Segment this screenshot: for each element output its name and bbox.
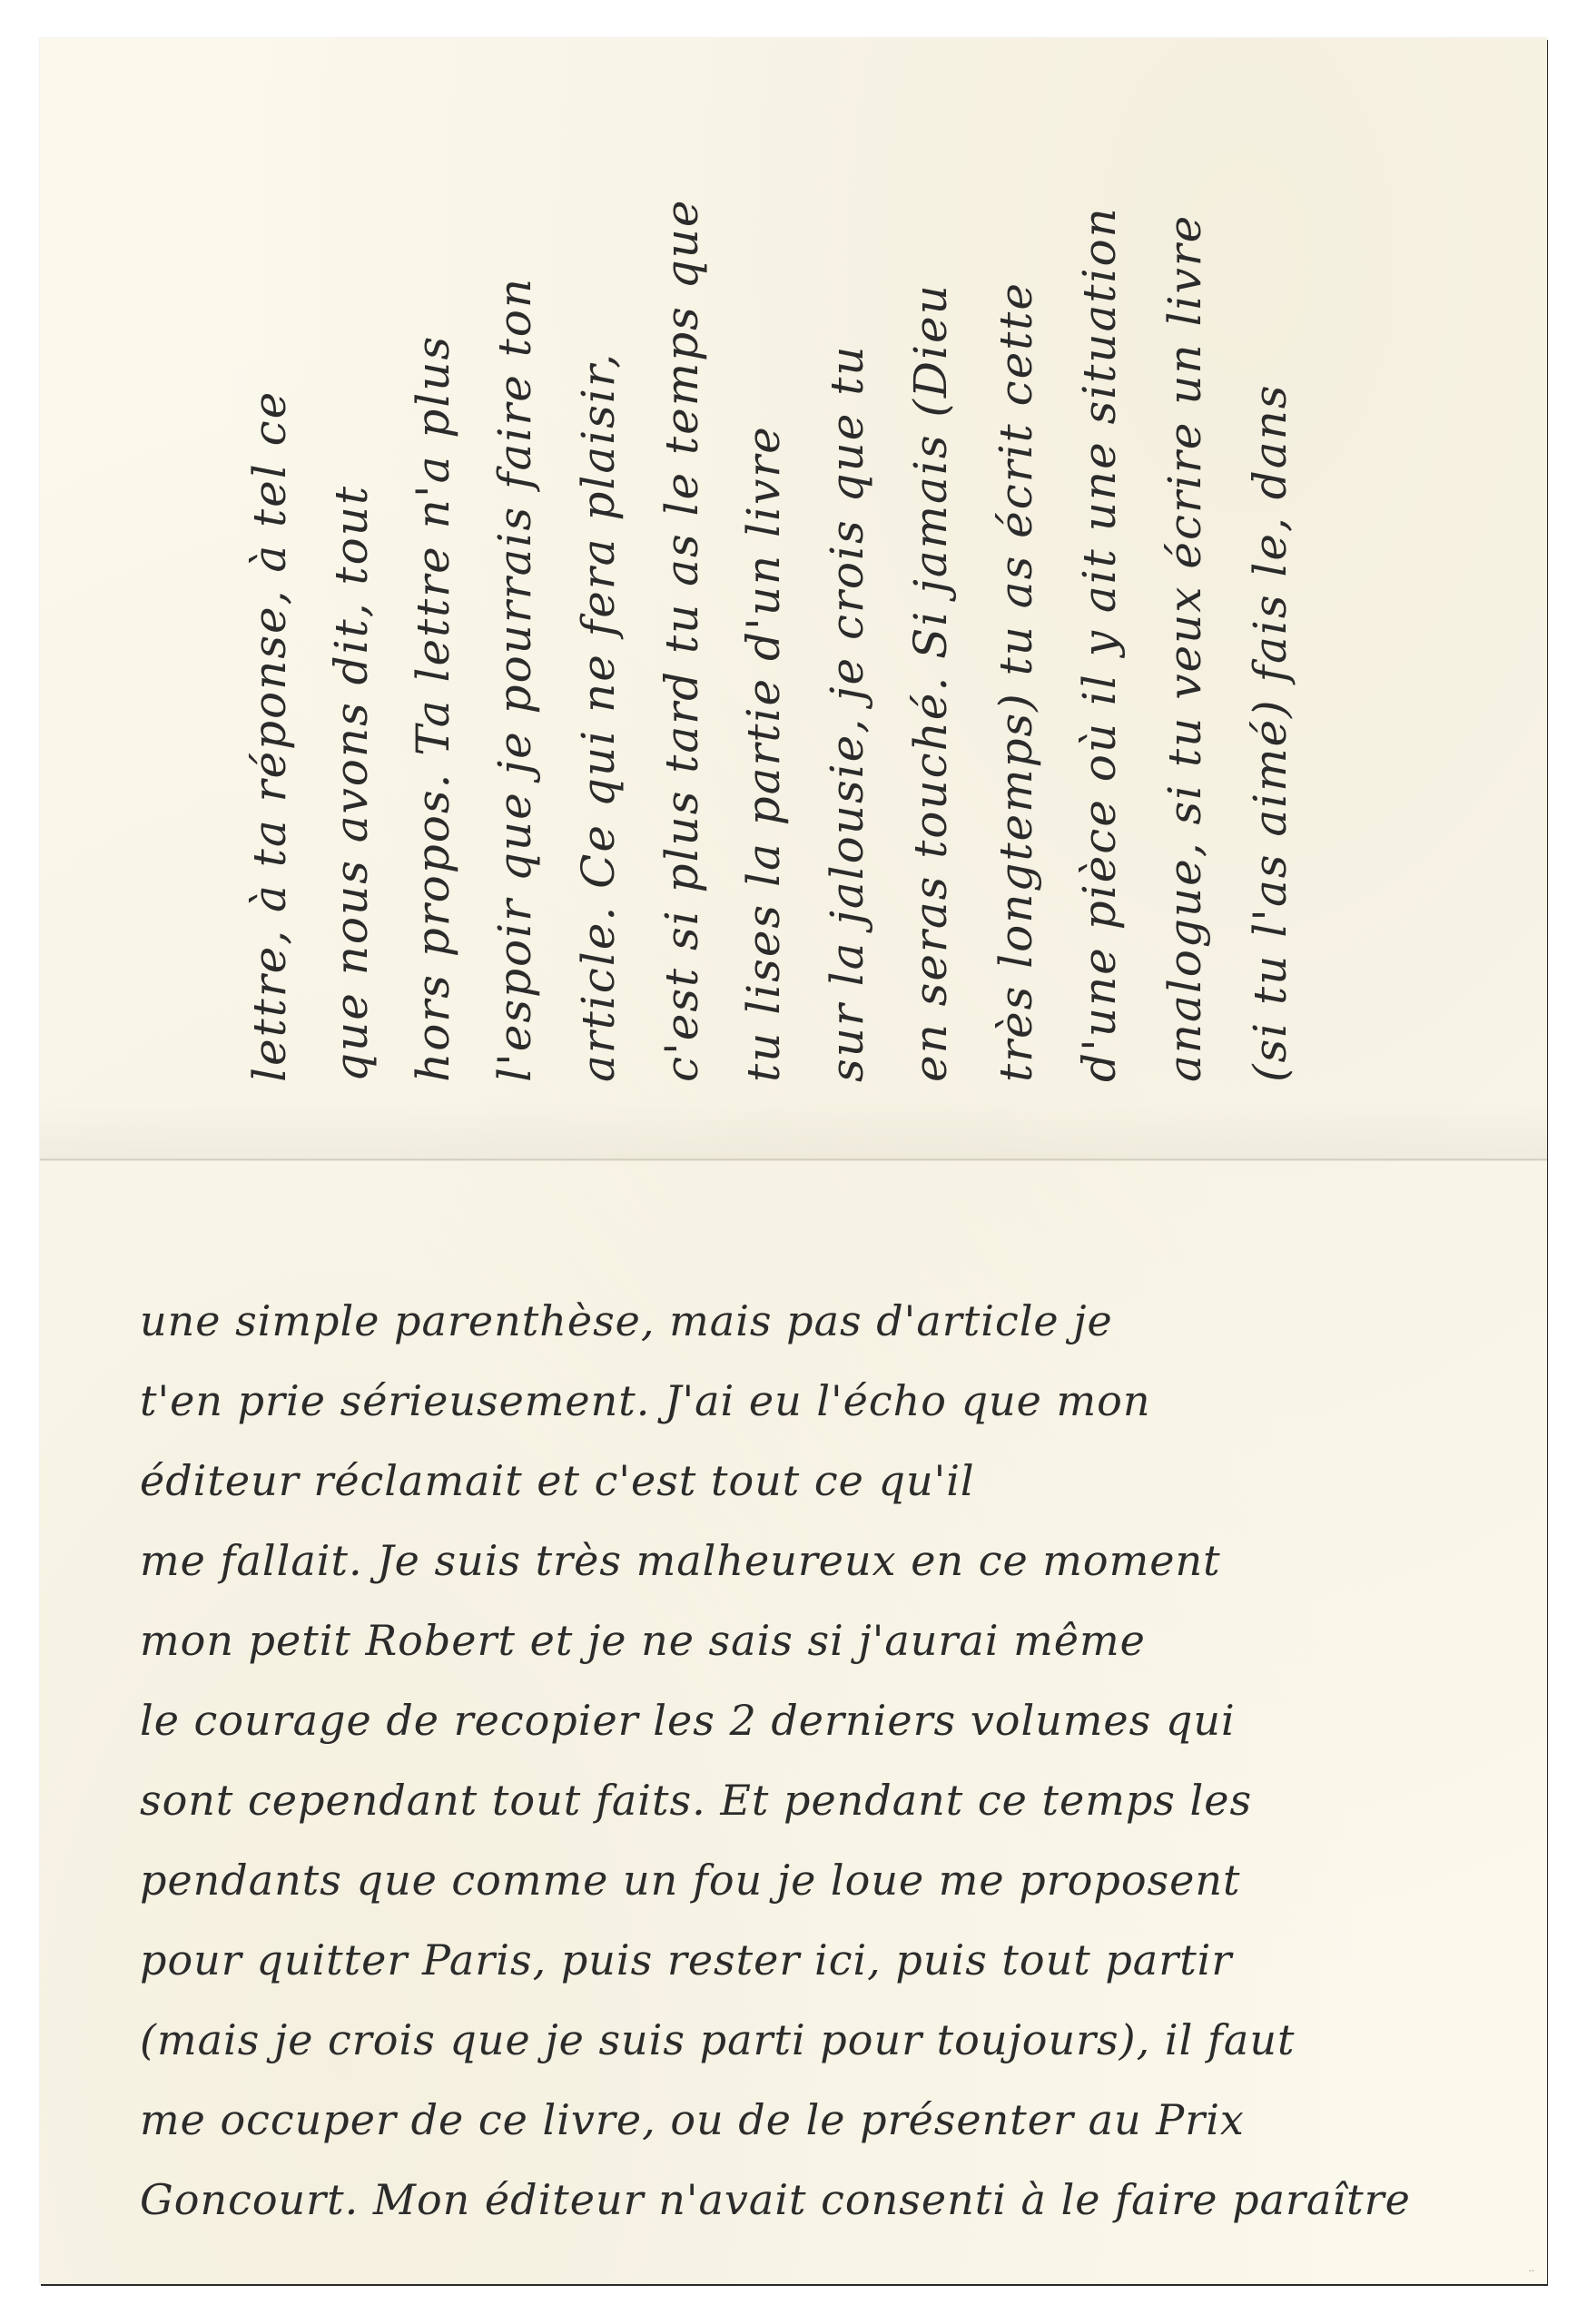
vertical-line-1: lettre, à ta réponse, à tel ce xyxy=(247,390,292,1082)
horizontal-line-8: pendants que comme un fou je loue me pro… xyxy=(140,1859,1240,1901)
vertical-line-12: analogue, si tu veux écrire un livre xyxy=(1162,214,1207,1082)
vertical-line-13: (si tu l'as aimé) fais le, dans xyxy=(1247,384,1293,1082)
horizontal-line-6: le courage de recopier les 2 derniers vo… xyxy=(140,1699,1236,1741)
vertical-line-5: article. Ce qui ne fera plaisir, xyxy=(576,352,621,1082)
vertical-line-11: d'une pièce où il y ait une situation xyxy=(1077,206,1122,1082)
horizontal-line-12: Goncourt. Mon éditeur n'avait consenti à… xyxy=(140,2179,1411,2221)
horizontal-line-4: me fallait. Je suis très malheureux en c… xyxy=(140,1540,1221,1581)
horizontal-line-1: une simple parenthèse, mais pas d'articl… xyxy=(140,1300,1113,1342)
horizontal-line-10: (mais je crois que je suis parti pour to… xyxy=(140,2019,1295,2061)
horizontal-line-7: sont cependant tout faits. Et pendant ce… xyxy=(140,1779,1252,1821)
vertical-line-8: sur la jalousie, je crois que tu xyxy=(824,344,870,1082)
vertical-line-9: en seras touché. Si jamais (Dieu xyxy=(908,283,953,1082)
horizontal-line-3: éditeur réclamait et c'est tout ce qu'il xyxy=(140,1460,975,1502)
vertical-line-6: c'est si plus tard tu as le temps que xyxy=(659,199,705,1082)
horizontal-line-9: pour quitter Paris, puis rester ici, pui… xyxy=(140,1939,1232,1981)
vertical-line-3: hors propos. Ta lettre n'a plus xyxy=(410,335,456,1082)
corner-mark: ·· xyxy=(1529,2267,1534,2277)
bottom-half-horizontal-text: une simple parenthèse, mais pas d'articl… xyxy=(40,1164,1547,2284)
top-half-vertical-text: lettre, à ta réponse, à tel ce que nous … xyxy=(40,38,1547,1158)
fold-crease xyxy=(40,1158,1547,1161)
vertical-line-2: que nous avons dit, tout xyxy=(329,485,374,1082)
vertical-line-4: l'espoir que je pourrais faire ton xyxy=(492,277,537,1082)
letter-sheet: lettre, à ta réponse, à tel ce que nous … xyxy=(40,38,1547,2284)
horizontal-line-2: t'en prie sérieusement. J'ai eu l'écho q… xyxy=(140,1380,1150,1422)
vertical-line-7: tu lises la partie d'un livre xyxy=(741,425,786,1082)
vertical-line-10: très longtemps) tu as écrit cette xyxy=(993,281,1039,1082)
horizontal-line-5: mon petit Robert et je ne sais si j'aura… xyxy=(140,1620,1146,1661)
horizontal-line-11: me occuper de ce livre, ou de le présent… xyxy=(140,2099,1245,2141)
